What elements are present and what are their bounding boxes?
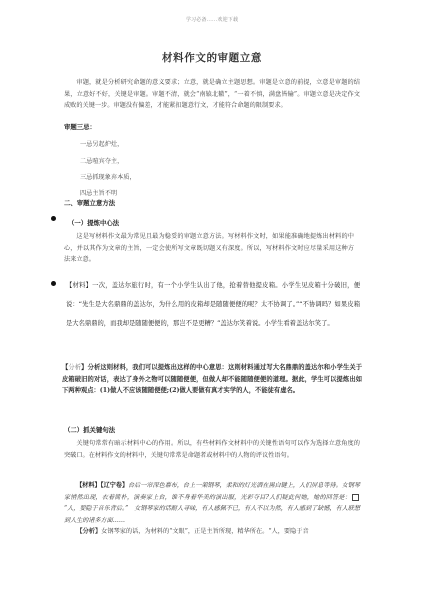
method-one-body: 这是写材料作文最为常见且最为稳妥的审题立意方法。写材料作文时，如果能准确地提炼出… [64,231,354,266]
material-one-body: 一次，盖达尔旅行时，有一个小学生认出了他，抢着替他提皮箱。小学生见皮箱十分破旧，… [66,282,360,327]
analysis-one-body: 分析这则材料，我们可以提炼出这样的中心意思：这则材料通过写大名鼎鼎的盖达尔和小学… [62,364,362,394]
taboo-item-3: 三忌抓现象弃本质， [80,172,136,181]
bullet-icon [51,216,56,221]
analysis-two-paragraph: 【分析】女钢琴家的话，为材料的“文眼”，正是主旨所现，精华所在。“人，要隐于音 [64,526,360,538]
document-page: 学习必备......欢迎下载 材料作文的审题立意 审题，就是分析研究命题的意义要… [0,0,424,600]
intro-paragraph: 审题，就是分析研究命题的意义要求；立意，就是确立主题思想。审题是立意的前提，立意… [64,77,360,112]
document-title: 材料作文的审题立意 [0,50,424,65]
analysis-two-tag: 【分析】 [76,528,101,535]
section-two-heading: 二、审题立意方法 [64,198,115,207]
taboo-item-4: 四忌主旨不明 [80,188,117,197]
taboos-heading: 审题三忌： [64,122,96,131]
analysis-one-paragraph: 【分析】分析这则材料，我们可以提炼出这样的中心意思：这则材料通过写大名鼎鼎的盖达… [62,362,362,397]
page-header-note: 学习必备......欢迎下载 [0,16,424,23]
material-two-paragraph: 【材料】【辽宁卷】台后一帘深色幕布，台上一架钢琴，柔和的灯光洒在黑白键上，人们屏… [64,480,360,526]
analysis-two-body: 女钢琴家的话，为材料的“文眼”，正是主旨所现，精华所在。“人，要隐于音 [101,528,309,535]
method-two-body: 关键句常常有暗示材料中心的作用。所以，有些材料作文材料中的关键性语句可以作为选择… [64,438,360,461]
material-one-paragraph: 【材料】一次，盖达尔旅行时，有一个小学生认出了他，抢着替他提皮箱。小学生见皮箱十… [66,276,360,333]
material-one-tag: 【材料】 [66,282,92,289]
analysis-one-tag: 分析 [68,364,81,371]
material-two-tag: 【材料】【辽宁卷】 [76,482,128,489]
material-two-body-after: “人，要隐于音乐背后。” 女钢琴家的话耐人寻味，有人感佩不已，有人不以为然，有人… [64,505,360,524]
bullet-icon [51,281,56,286]
empty-box-icon [352,494,359,501]
taboo-item-1: 一忌另起炉灶， [80,139,123,148]
method-one-heading: （一）提炼中心法 [68,218,119,227]
method-two-heading: （二）抓关键句法 [64,425,115,434]
taboo-item-2: 二忌喧宾夺主， [80,156,123,165]
